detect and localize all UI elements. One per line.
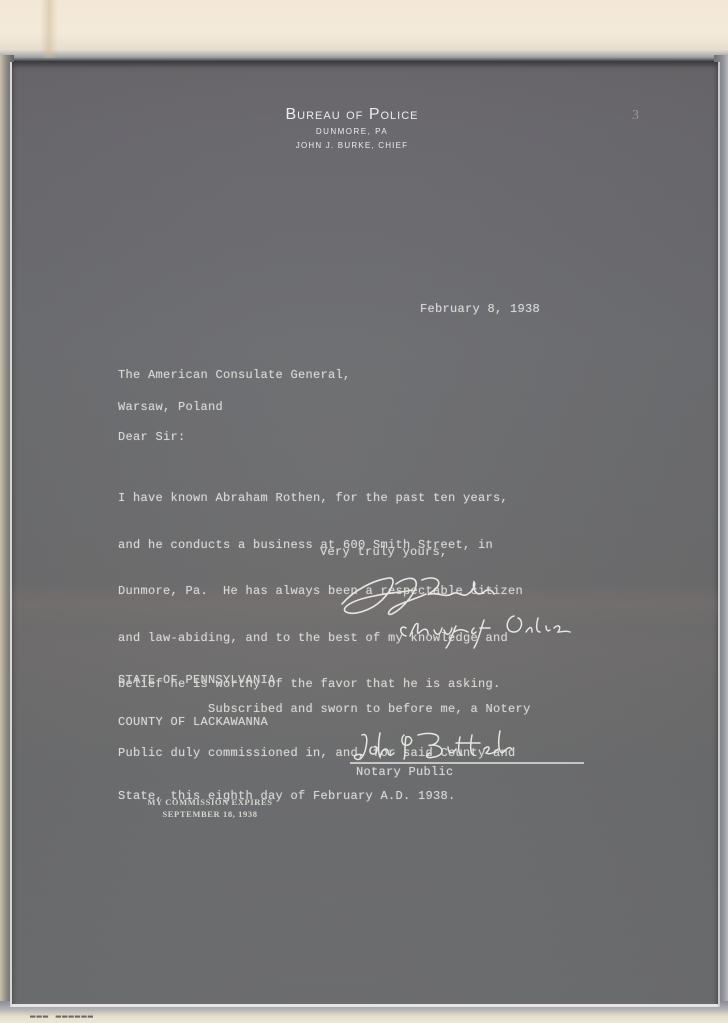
- commission-expiry-stamp: MY COMMISSION EXPIRES SEPTEMBER 18, 1938: [130, 796, 290, 820]
- letterhead-organization: Bureau of Police: [12, 106, 692, 124]
- chief-signature: [334, 570, 604, 650]
- addressee-line-1: The American Consulate General,: [118, 368, 351, 383]
- commission-line-1: MY COMMISSION EXPIRES: [130, 796, 290, 808]
- letterhead: Bureau of Police DUNMORE, PA JOHN J. BUR…: [12, 106, 692, 150]
- underlying-page-text: ▬▬▬ ▬▬▬▬▬▬: [30, 1011, 94, 1021]
- page-number: 3: [632, 108, 639, 124]
- paper-fold-shadow: [40, 0, 58, 58]
- page-bottom-edge: [12, 1004, 718, 1007]
- body-line: I have known Abraham Rothen, for the pas…: [118, 491, 523, 507]
- photostat-letter-page: Bureau of Police DUNMORE, PA JOHN J. BUR…: [10, 62, 720, 1007]
- jurat-line: Subscribed and sworn to before me, a Not…: [118, 702, 531, 717]
- binder-page-edge-top: [0, 0, 728, 62]
- notary-title: Notary Public: [356, 765, 454, 780]
- letterhead-city: DUNMORE, PA: [12, 127, 692, 136]
- commission-line-2: SEPTEMBER 18, 1938: [130, 808, 290, 820]
- letter-date: February 8, 1938: [420, 302, 540, 317]
- salutation: Dear Sir:: [118, 430, 186, 445]
- addressee-line-2: Warsaw, Poland: [118, 400, 223, 415]
- letter-closing: Very truly yours,: [320, 545, 448, 560]
- letterhead-chief: JOHN J. BURKE, CHIEF: [12, 141, 692, 150]
